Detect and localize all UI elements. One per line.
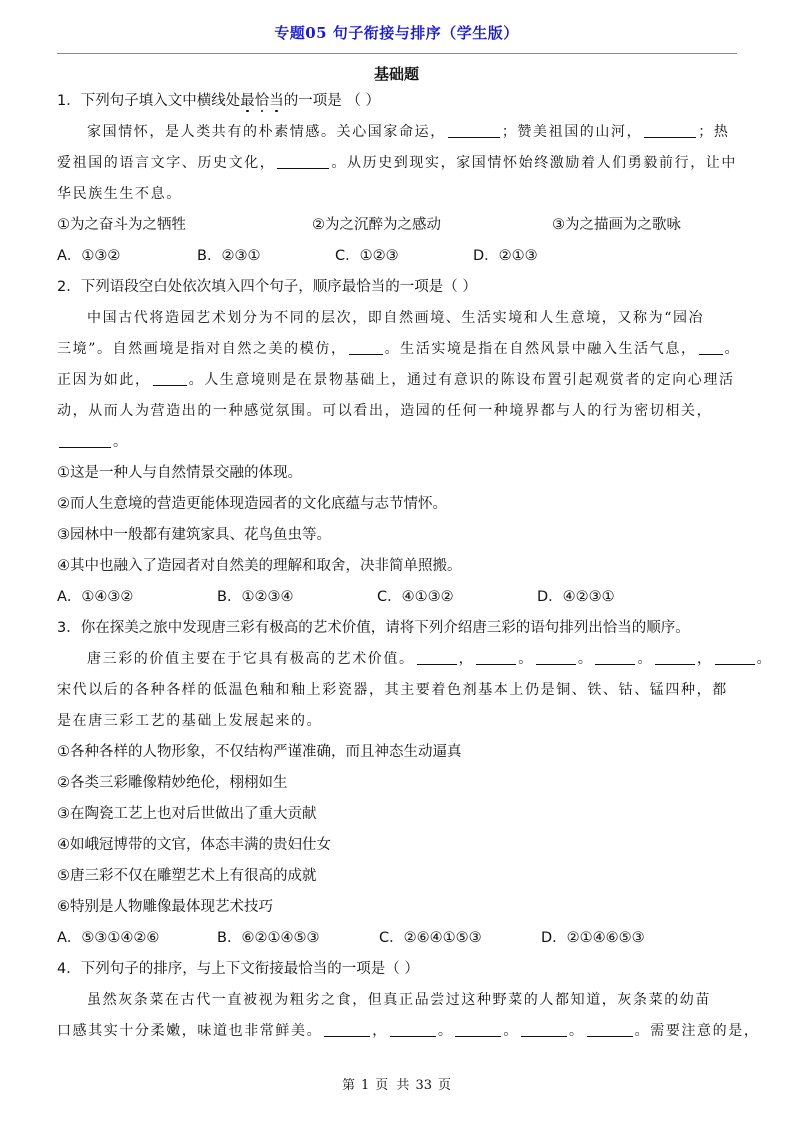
stem-text: 你在探美之旅中发现唐三彩有极高的艺术价值，请将下列介绍唐三彩的语句排列出恰当的顺… <box>81 620 690 636</box>
answer-blank <box>417 650 457 665</box>
answer-blank <box>587 1022 633 1037</box>
page-footer: 第1页 共33页 <box>0 1074 793 1093</box>
answer-blank <box>324 1022 370 1037</box>
answer-blank <box>644 123 696 138</box>
emphasis-char: 最 <box>240 93 255 109</box>
sentence-item: ⑥特别是人物雕像最体现艺术技巧 <box>57 892 737 923</box>
answer-blank <box>277 154 329 169</box>
passage-text: 。 <box>113 434 129 450</box>
punctuation: 。 <box>757 651 773 667</box>
sentence-item: ②各类三彩雕像精妙绝伦，栩栩如生 <box>57 768 737 799</box>
question-3-passage-line: 唐三彩的价值主要在于它具有极高的艺术价值。，。。。，。 <box>57 644 737 675</box>
question-2-passage-line: 动，从而人为营造出的一种感觉氛围。可以看出，造园的任何一种境界都与人的行为密切相… <box>57 396 737 427</box>
sentence-item: ②为之沉醉为之感动 <box>312 210 552 241</box>
punctuation: 。 <box>637 651 653 667</box>
sentence-item: ③在陶瓷工艺上也对后世做出了重大贡献 <box>57 799 737 830</box>
answer-option[interactable]: C．①②③ <box>335 241 473 272</box>
question-1-passage-line: 家国情怀，是人类共有的朴素情感。关心国家命运，；赞美祖国的山河，；热 <box>57 117 737 148</box>
answer-option[interactable]: C．②⑥④①⑤③ <box>379 923 541 954</box>
passage-text: 唐三彩的价值主要在于它具有极高的艺术价值。 <box>87 651 415 667</box>
answer-blank <box>476 650 516 665</box>
answer-option[interactable]: D．④②③① <box>537 582 615 613</box>
answer-option[interactable]: D．②①③ <box>473 241 538 272</box>
answer-blank <box>390 1022 436 1037</box>
emphasis-char: 恰 <box>255 93 270 109</box>
passage-text: 中国古代将造园艺术划分为不同的层次，即自然画境、生活实境和人生意境，又称为“园冶 <box>87 310 704 326</box>
answer-blank <box>715 650 755 665</box>
footer-text: 页 共 <box>375 1078 409 1093</box>
answer-option[interactable]: B．⑥②①④⑤③ <box>217 923 379 954</box>
header-divider <box>57 53 737 54</box>
question-2-passage-line: 。 <box>57 427 737 458</box>
question-2-passage-line: 中国古代将造园艺术划分为不同的层次，即自然画境、生活实境和人生意境，又称为“园冶 <box>57 303 737 334</box>
passage-text: 动，从而人为营造出的一种感觉氛围。可以看出，造园的任何一种境界都与人的行为密切相… <box>57 403 712 419</box>
question-2-options: A．①④③② B．①②③④ C．④①③② D．④②③① <box>57 582 737 613</box>
punctuation: ， <box>459 651 475 667</box>
footer-text: 第 <box>342 1078 355 1093</box>
punctuation: 。 <box>503 1023 519 1039</box>
question-1-passage-line: 华民族生生不息。 <box>57 179 737 210</box>
passage-text: 爱祖国的语言文字、历史文化， <box>57 155 275 171</box>
passage-text: 是在唐三彩工艺的基础上发展起来的。 <box>57 713 322 729</box>
question-1-options: A．①③② B．②③① C．①②③ D．②①③ <box>57 241 737 272</box>
punctuation: 。 <box>438 1023 454 1039</box>
total-page-count: 33 <box>415 1078 432 1093</box>
question-1-items: ①为之奋斗为之牺牲 ②为之沉醉为之感动 ③为之描画为之歌咏 <box>57 210 737 241</box>
answer-blank <box>59 433 111 448</box>
question-3-passage-line: 宋代以后的各种各样的低温色釉和釉上彩瓷器，其主要着色剂基本上仍是铜、铁、钴、锰四… <box>57 675 737 706</box>
document-title: 专题05 句子衔接与排序（学生版） <box>0 22 793 43</box>
stem-text: 下列句子填入文中横线处 <box>81 93 241 109</box>
sentence-item: ③为之描画为之歌咏 <box>552 210 681 241</box>
answer-blank <box>153 371 187 386</box>
question-3-passage-line: 是在唐三彩工艺的基础上发展起来的。 <box>57 706 737 737</box>
question-2-passage-line: 三境”。自然画境是指对自然之美的模仿，。生活实境是指在自然风景中融入生活气息，。 <box>57 334 737 365</box>
answer-blank <box>536 650 576 665</box>
passage-text: 正因为如此， <box>57 372 151 388</box>
sentence-item: ⑤唐三彩不仅在雕塑艺术上有很高的成就 <box>57 861 737 892</box>
passage-text: 需要注意的是， <box>650 1023 759 1039</box>
question-number: 1． <box>57 93 81 109</box>
sentence-item: ②而人生意境的营造更能体现造园者的文化底蕴与志节情怀。 <box>57 489 737 520</box>
passage-text: 。生活实境是指在自然风景中融入生活气息， <box>385 341 697 357</box>
question-number: 3． <box>57 620 81 636</box>
question-4-passage-line: 口感其实十分柔嫩，味道也非常鲜美。，。。。。需要注意的是， <box>57 1016 737 1047</box>
answer-blank <box>655 650 695 665</box>
answer-blank <box>349 340 383 355</box>
passage-text: 。人生意境则是在景物基础上，通过有意识的陈设布置引起观赏者的定向心理活 <box>189 372 735 388</box>
emphasis-char: 当 <box>269 93 284 109</box>
current-page-number: 1 <box>361 1078 369 1093</box>
section-title: 基础题 <box>0 63 793 84</box>
answer-blank <box>521 1022 567 1037</box>
punctuation: ， <box>372 1023 388 1039</box>
question-1-passage-line: 爱祖国的语言文字、历史文化，。从历史到现实，家国情怀始终激励着人们勇毅前行，让中 <box>57 148 737 179</box>
question-4-passage-line: 虽然灰条菜在古代一直被视为粗劣之食，但真正品尝过这种野菜的人都知道，灰条菜的幼苗 <box>57 985 737 1016</box>
punctuation: 。 <box>578 651 594 667</box>
answer-blank <box>595 650 635 665</box>
question-3-stem: 3．你在探美之旅中发现唐三彩有极高的艺术价值，请将下列介绍唐三彩的语句排列出恰当… <box>57 613 737 644</box>
answer-blank <box>455 1022 501 1037</box>
answer-option[interactable]: A．⑤③①④②⑥ <box>57 923 217 954</box>
question-1-stem: 1．下列句子填入文中横线处最恰当的一项是 （ ） <box>57 86 737 117</box>
sentence-item: ①为之奋斗为之牺牲 <box>57 210 312 241</box>
passage-text: 。 <box>725 341 741 357</box>
passage-text: ；赞美祖国的山河， <box>502 124 642 140</box>
passage-text: 宋代以后的各种各样的低温色釉和釉上彩瓷器，其主要着色剂基本上仍是铜、铁、钴、锰四… <box>57 682 728 698</box>
question-4-stem: 4．下列句子的排序，与上下文衔接最恰当的一项是（ ） <box>57 954 737 985</box>
sentence-item: ④如峨冠博带的文官，体态丰满的贵妇仕女 <box>57 830 737 861</box>
footer-text: 页 <box>438 1078 451 1093</box>
punctuation: 。 <box>635 1023 651 1039</box>
punctuation: ， <box>697 651 713 667</box>
sentence-item: ①各种各样的人物形象，不仅结构严谨准确，而且神态生动逼真 <box>57 737 737 768</box>
stem-text: 的一项是 （ ） <box>284 93 380 109</box>
answer-option[interactable]: B．①②③④ <box>217 582 377 613</box>
answer-blank <box>448 123 500 138</box>
passage-text: 华民族生生不息。 <box>57 186 182 202</box>
passage-text: 口感其实十分柔嫩，味道也非常鲜美。 <box>57 1023 322 1039</box>
punctuation: 。 <box>518 651 534 667</box>
answer-option[interactable]: A．①③② <box>57 241 197 272</box>
passage-text: 。从历史到现实，家国情怀始终激励着人们勇毅前行，让中 <box>331 155 737 171</box>
punctuation: 。 <box>569 1023 585 1039</box>
passage-text: ；热 <box>698 124 729 140</box>
stem-text: 下列句子的排序，与上下文衔接最恰当的一项是（ ） <box>81 961 419 977</box>
sentence-item: ①这是一种人与自然情景交融的体现。 <box>57 458 737 489</box>
question-number: 2． <box>57 279 81 295</box>
document-page: 专题05 句子衔接与排序（学生版） 基础题 1．下列句子填入文中横线处最恰当的一… <box>0 0 793 1122</box>
answer-option[interactable]: C．④①③② <box>377 582 537 613</box>
answer-option[interactable]: B．②③① <box>197 241 335 272</box>
sentence-item: ④其中也融入了造园者对自然美的理解和取舍，决非简单照搬。 <box>57 551 737 582</box>
question-number: 4． <box>57 961 81 977</box>
question-3-options: A．⑤③①④②⑥ B．⑥②①④⑤③ C．②⑥④①⑤③ D．②①④⑥⑤③ <box>57 923 737 954</box>
question-2-stem: 2．下列语段空白处依次填入四个句子，顺序最恰当的一项是（ ） <box>57 272 737 303</box>
answer-option[interactable]: D．②①④⑥⑤③ <box>541 923 645 954</box>
passage-text: 家国情怀，是人类共有的朴素情感。关心国家命运， <box>87 124 446 140</box>
answer-option[interactable]: A．①④③② <box>57 582 217 613</box>
passage-text: 虽然灰条菜在古代一直被视为粗劣之食，但真正品尝过这种野菜的人都知道，灰条菜的幼苗 <box>87 992 711 1008</box>
sentence-item: ③园林中一般都有建筑家具、花鸟鱼虫等。 <box>57 520 737 551</box>
document-body: 1．下列句子填入文中横线处最恰当的一项是 （ ） 家国情怀，是人类共有的朴素情感… <box>57 86 737 1047</box>
answer-blank <box>699 340 723 355</box>
question-2-passage-line: 正因为如此，。人生意境则是在景物基础上，通过有意识的陈设布置引起观赏者的定向心理… <box>57 365 737 396</box>
passage-text: 三境”。自然画境是指对自然之美的模仿， <box>57 341 347 357</box>
stem-text: 下列语段空白处依次填入四个句子，顺序最恰当的一项是（ ） <box>81 279 477 295</box>
